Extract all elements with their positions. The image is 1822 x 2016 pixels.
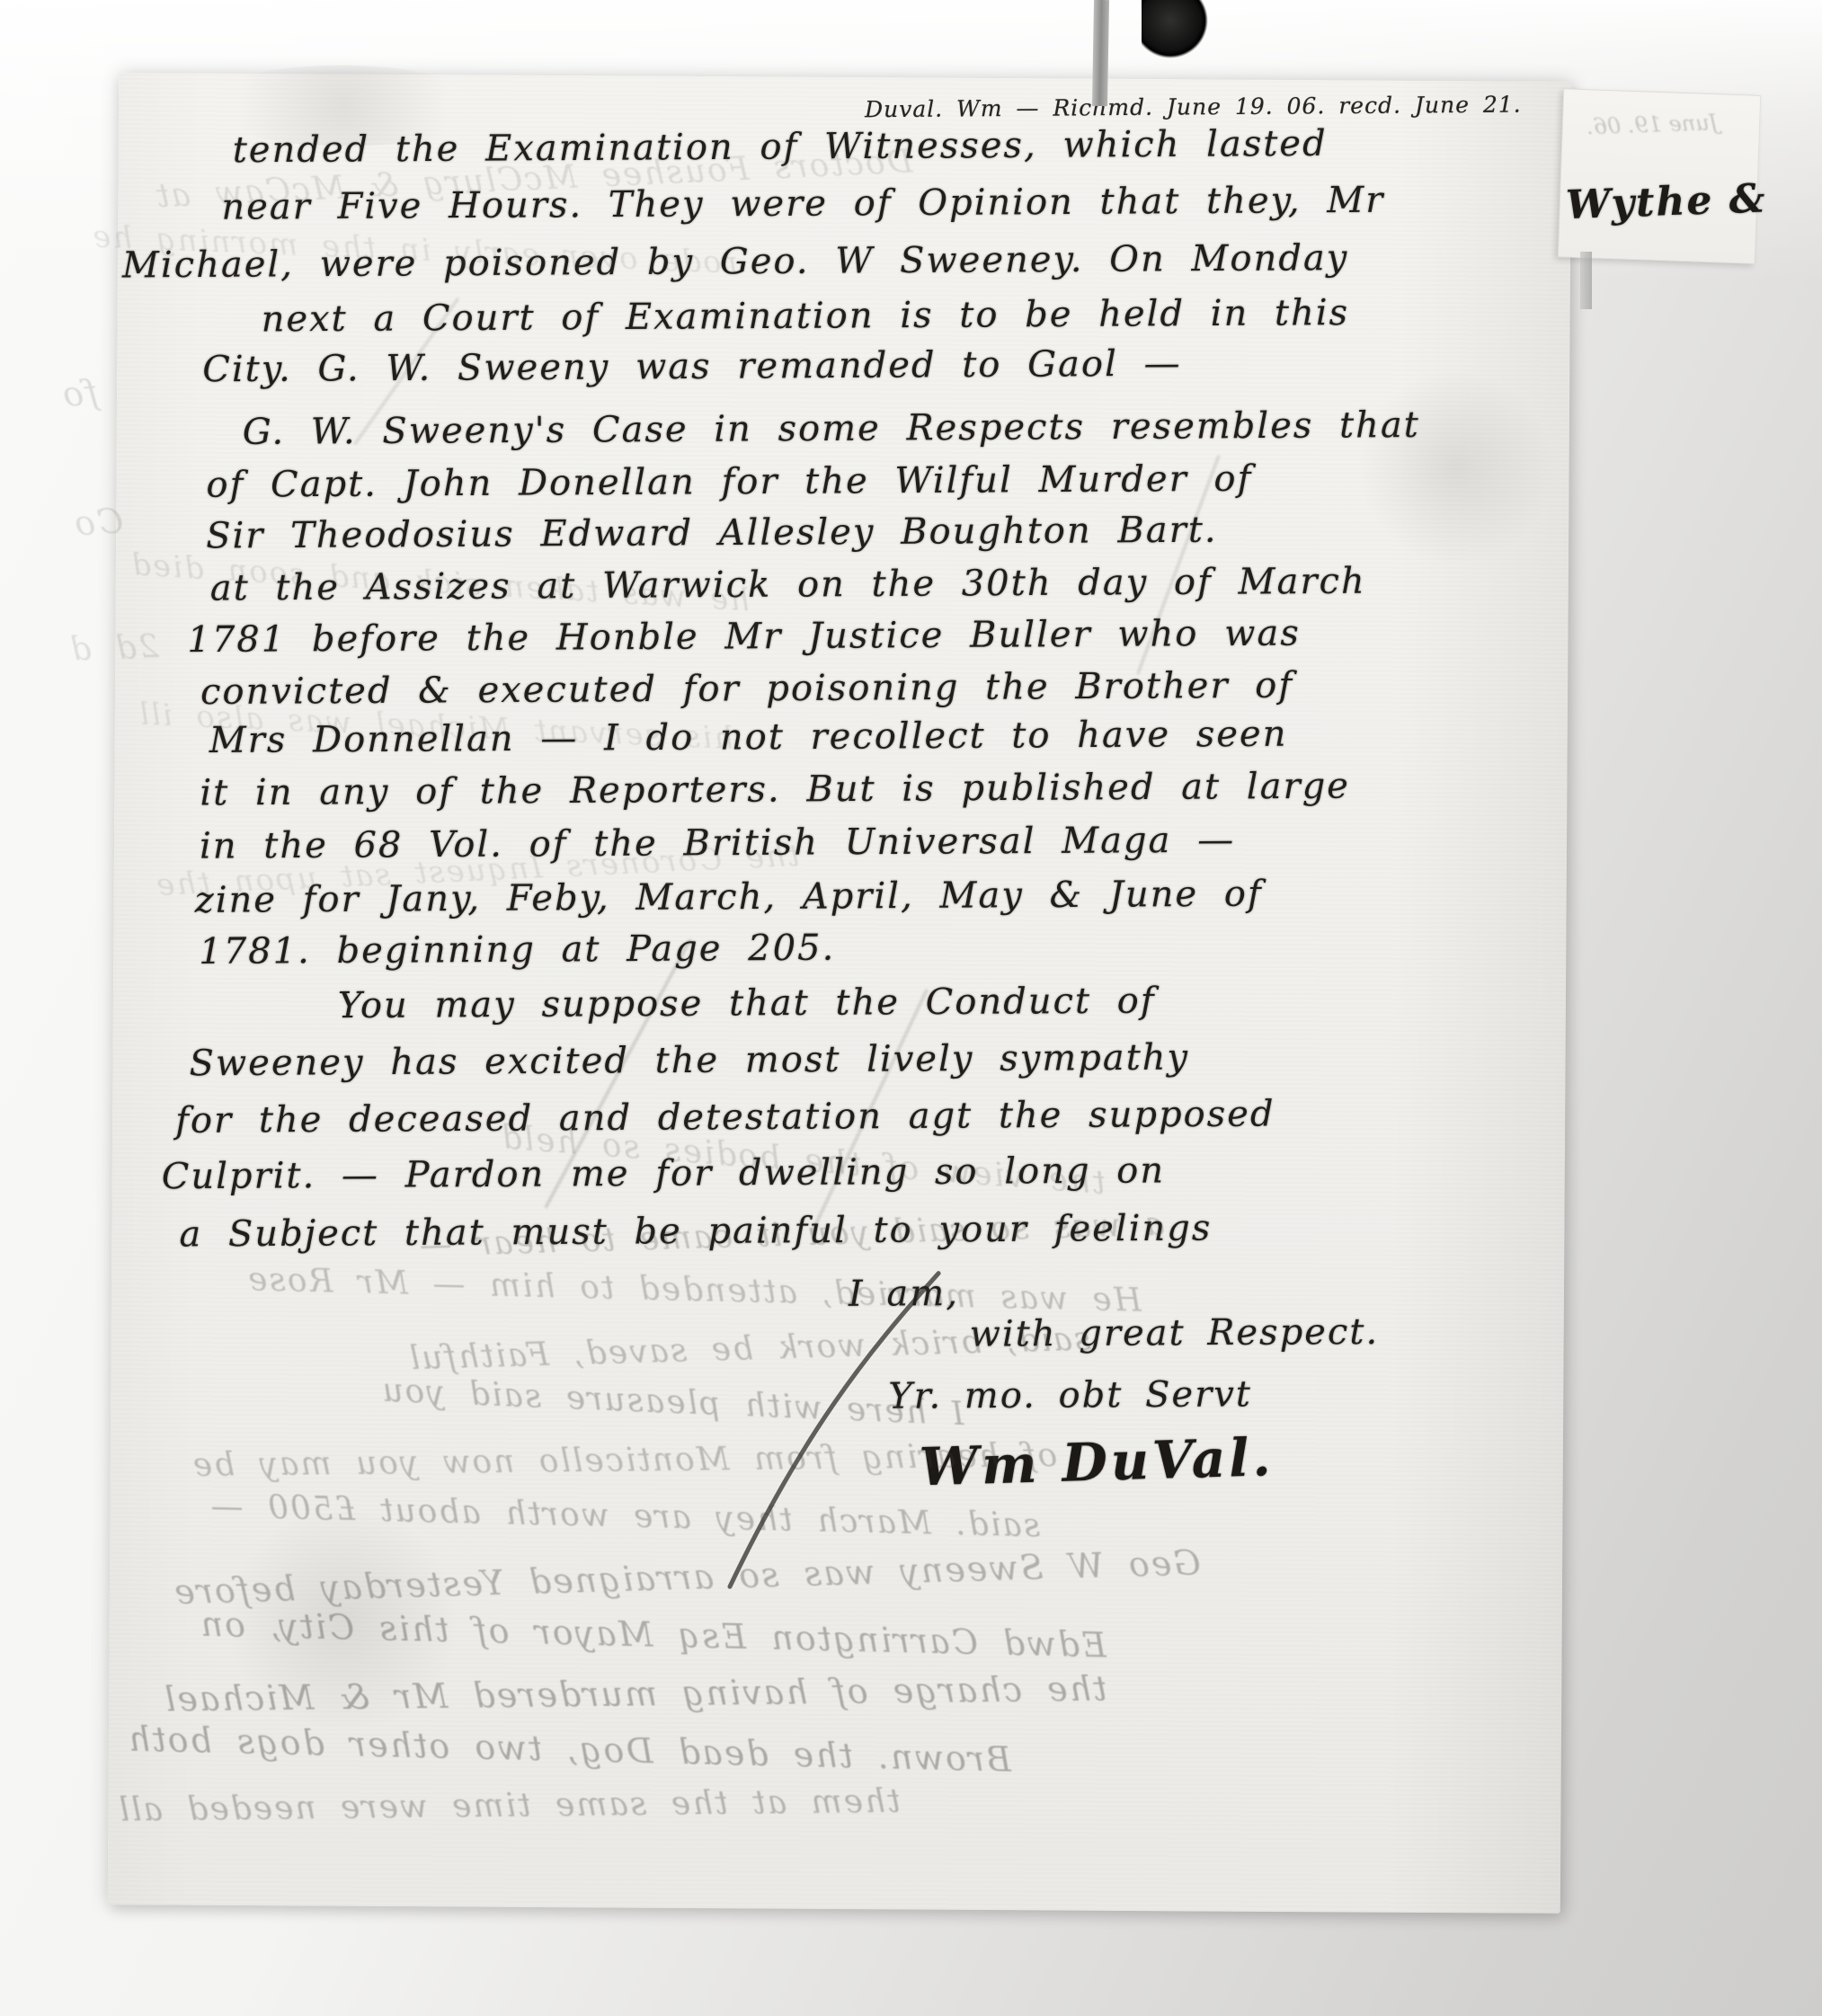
slip-note: Wythe & [1565,175,1767,228]
bleedthrough-line: them at the same time were needed all [117,1783,901,1829]
bleedthrough-line: fo [59,372,99,414]
bleedthrough-line: 2d d [68,629,160,669]
manuscript-line: Sir Theodosius Edward Allesley Boughton … [206,510,1218,557]
manuscript-line: You may suppose that the Conduct of [338,981,1156,1027]
manuscript-line: Sweeney has excited the most lively symp… [189,1037,1189,1085]
docket-annotation: Duval. Wm — Richmd. June 19. 06. recd. J… [865,92,1522,123]
manuscript-line: City. G. W. Sweeny was remanded to Gaol … [202,343,1182,391]
attached-slip: June 19. 06. Wythe & [1558,88,1761,264]
letter-page: Duval. Wm — Richmd. June 19. 06. recd. J… [108,73,1571,1914]
scanned-letter-page: Duval. Wm — Richmd. June 19. 06. recd. J… [0,0,1822,2016]
hole-punch-grommet [1142,0,1210,63]
tag-string [1092,0,1109,106]
tag-string-lower [1580,252,1592,309]
bleedthrough-line: Brown. the dead Dog, two other dogs both [126,1719,1011,1780]
manuscript-line: 1781 before the Honble Mr Justice Buller… [187,613,1301,662]
manuscript-line: 1781. beginning at Page 205. [199,928,835,972]
manuscript-line: G. W. Sweeny's Case in some Respects res… [243,404,1420,453]
manuscript-line: next a Court of Examination is to be hel… [261,292,1349,340]
slip-bleedthrough-mark: June 19. 06. [1586,110,1719,139]
stain [1356,369,1555,567]
manuscript-line: for the deceased and detestation agt the… [175,1093,1275,1141]
manuscript-line: of Capt. John Donellan for the Wilful Mu… [206,458,1252,506]
bleedthrough-line: Co [72,501,125,543]
manuscript-line: it in any of the Reporters. But is publi… [200,766,1350,814]
